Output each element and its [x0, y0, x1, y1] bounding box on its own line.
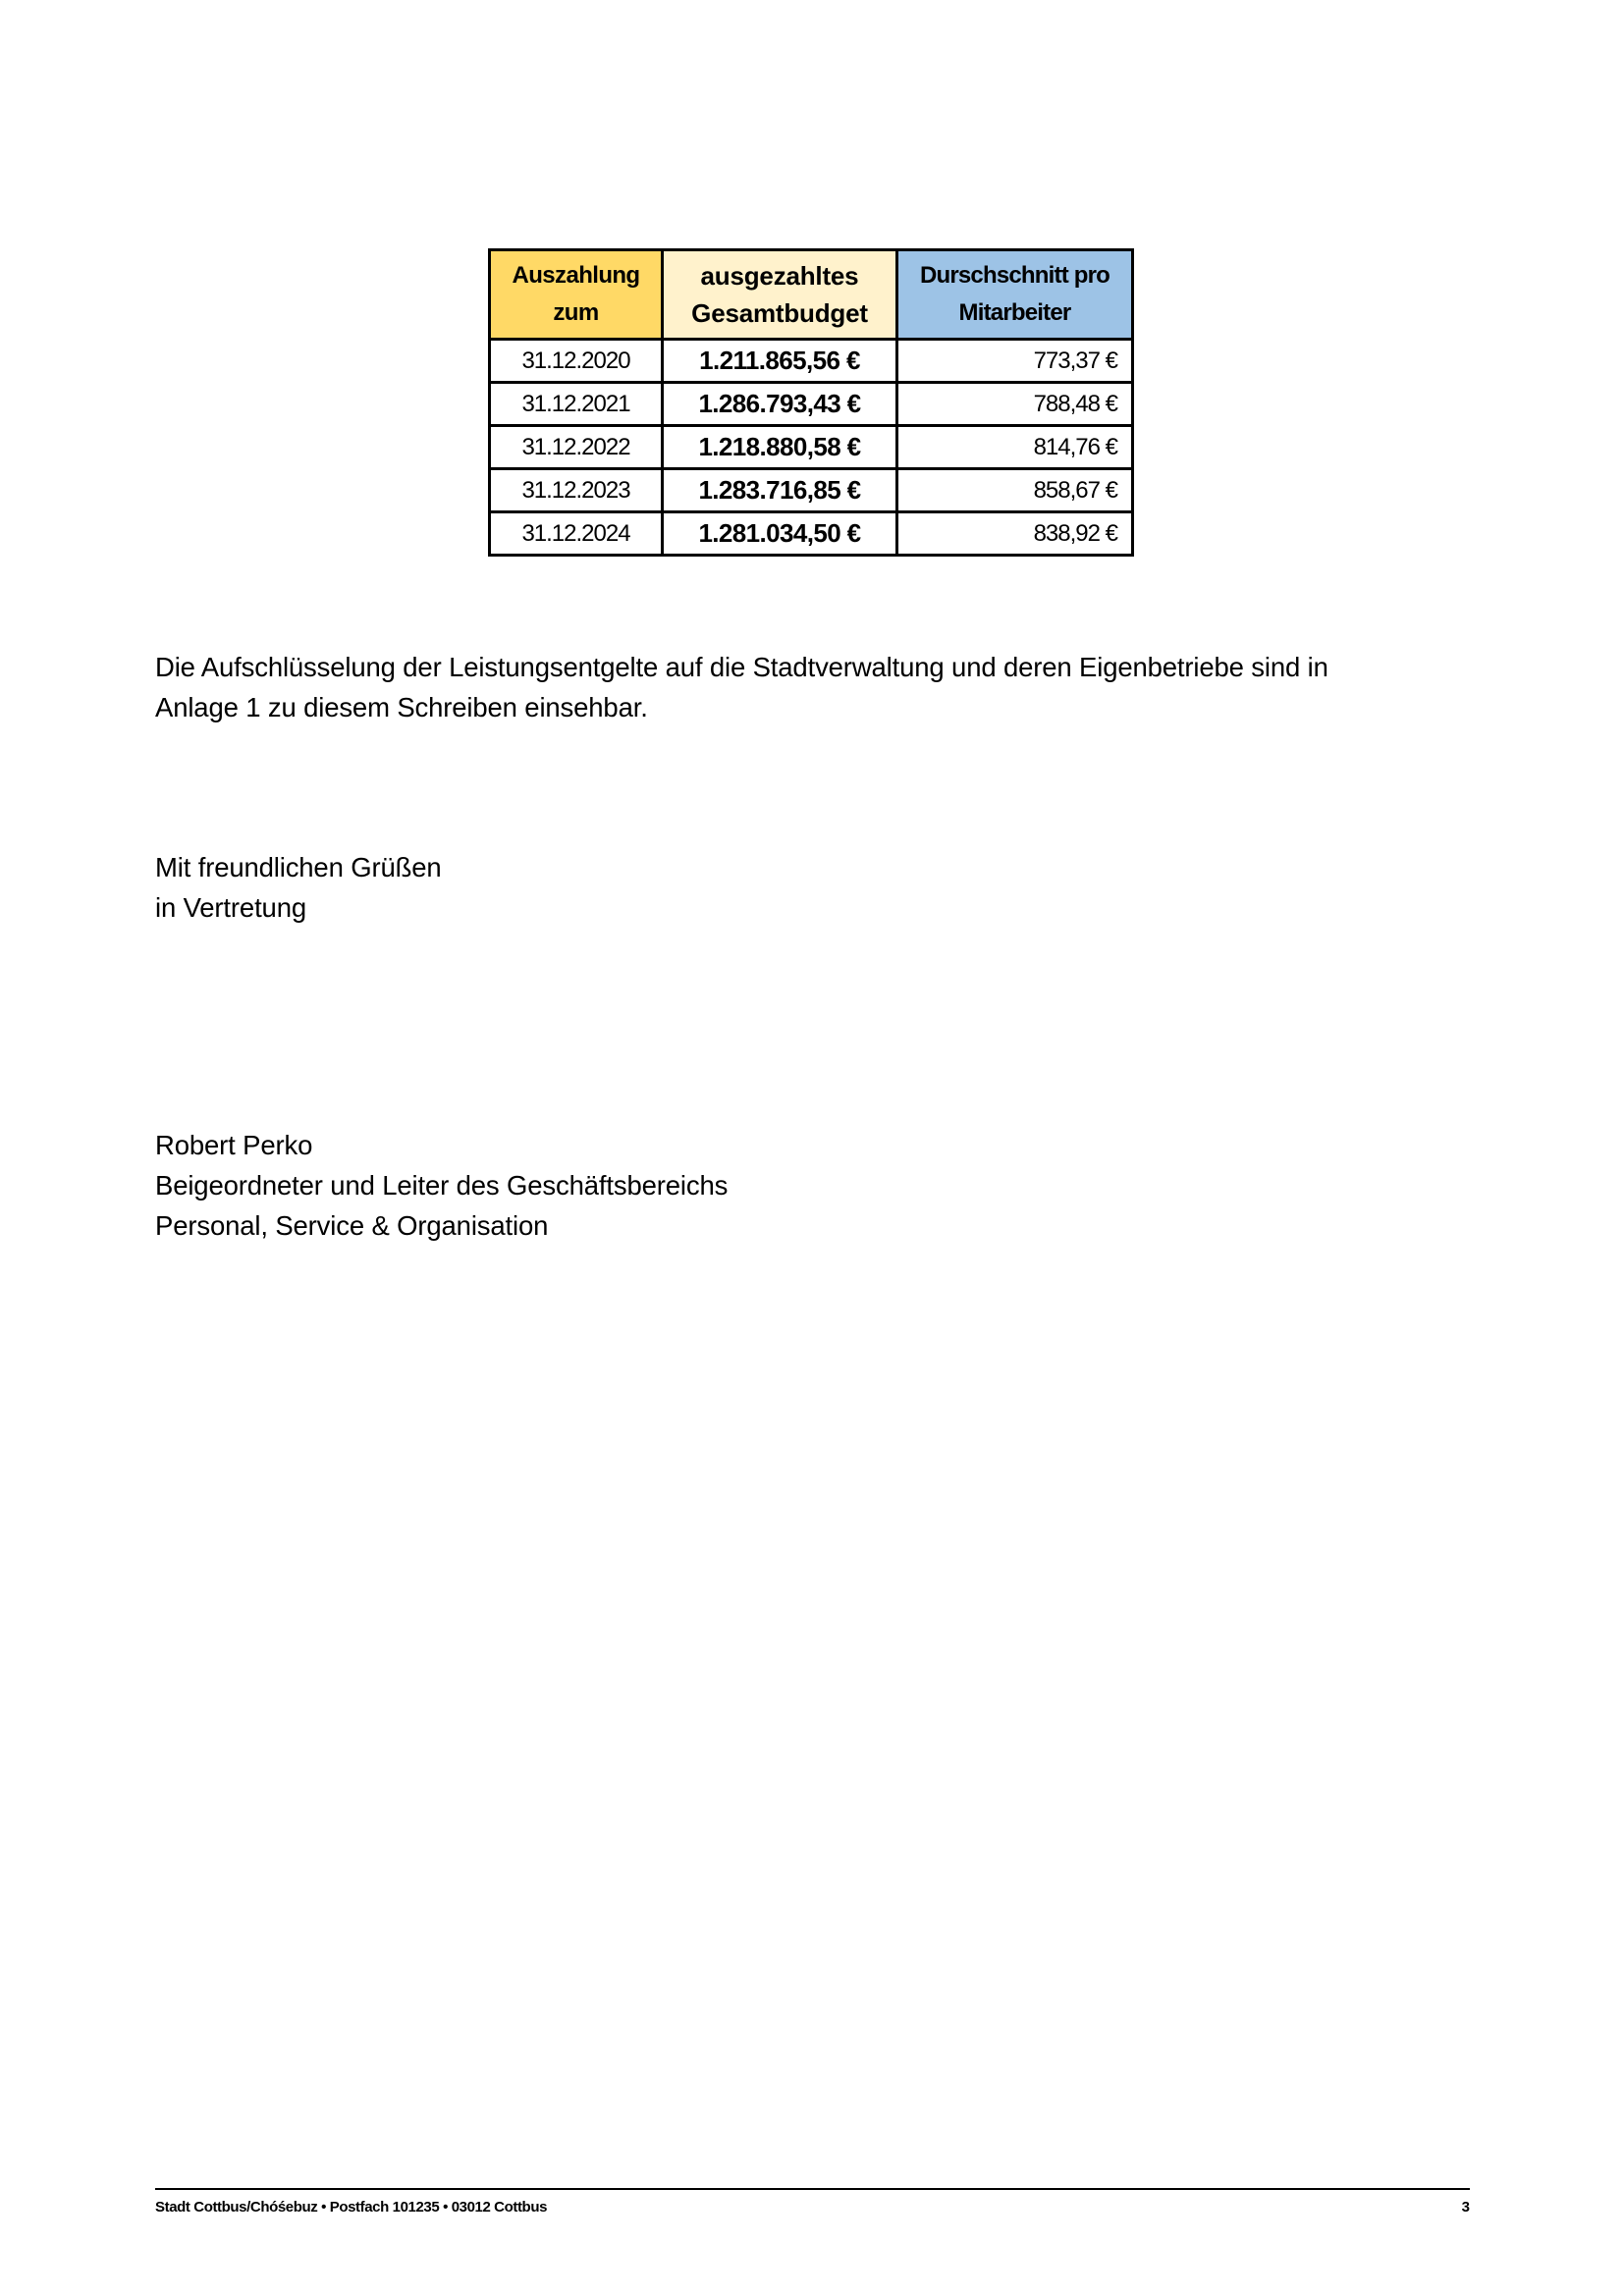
table-row: 31.12.2022 1.218.880,58 € 814,76 € [490, 426, 1133, 469]
header-payout-date: Auszahlung zum [490, 250, 663, 340]
cell-date: 31.12.2021 [490, 383, 663, 426]
cell-date: 31.12.2022 [490, 426, 663, 469]
cell-budget: 1.218.880,58 € [663, 426, 897, 469]
cell-budget: 1.281.034,50 € [663, 512, 897, 556]
footer-divider [155, 2188, 1470, 2190]
header-total-budget: ausgezahltes Gesamtbudget [663, 250, 897, 340]
signer-name: Robert Perko [155, 1125, 728, 1165]
cell-budget: 1.283.716,85 € [663, 469, 897, 512]
table-row: 31.12.2024 1.281.034,50 € 838,92 € [490, 512, 1133, 556]
table-row: 31.12.2020 1.211.865,56 € 773,37 € [490, 340, 1133, 383]
table-row: 31.12.2021 1.286.793,43 € 788,48 € [490, 383, 1133, 426]
cell-average: 838,92 € [897, 512, 1133, 556]
closing-greeting: Mit freundlichen Grüßen [155, 847, 442, 887]
paragraph-line: Anlage 1 zu diesem Schreiben einsehbar. [155, 687, 1328, 727]
cell-average: 858,67 € [897, 469, 1133, 512]
paragraph-line: Die Aufschlüsselung der Leistungsentgelt… [155, 647, 1328, 687]
table-header-row: Auszahlung zum ausgezahltes Gesamtbudget… [490, 250, 1133, 340]
closing-block: Mit freundlichen Grüßen in Vertretung [155, 847, 442, 928]
cell-budget: 1.286.793,43 € [663, 383, 897, 426]
cell-budget: 1.211.865,56 € [663, 340, 897, 383]
payout-table: Auszahlung zum ausgezahltes Gesamtbudget… [488, 248, 1134, 557]
cell-date: 31.12.2023 [490, 469, 663, 512]
header-average-per-employee: Durschschnitt pro Mitarbeiter [897, 250, 1133, 340]
body-paragraph: Die Aufschlüsselung der Leistungsentgelt… [155, 647, 1328, 727]
cell-average: 814,76 € [897, 426, 1133, 469]
footer-address: Stadt Cottbus/Chóśebuz • Postfach 101235… [155, 2199, 547, 2216]
cell-date: 31.12.2024 [490, 512, 663, 556]
signature-block: Robert Perko Beigeordneter und Leiter de… [155, 1125, 728, 1246]
table-row: 31.12.2023 1.283.716,85 € 858,67 € [490, 469, 1133, 512]
document-page: Auszahlung zum ausgezahltes Gesamtbudget… [0, 0, 1624, 2296]
closing-on-behalf: in Vertretung [155, 887, 442, 928]
cell-average: 773,37 € [897, 340, 1133, 383]
page-number: 3 [1462, 2199, 1470, 2216]
signer-title: Beigeordneter und Leiter des Geschäftsbe… [155, 1165, 728, 1205]
cell-date: 31.12.2020 [490, 340, 663, 383]
cell-average: 788,48 € [897, 383, 1133, 426]
signer-department: Personal, Service & Organisation [155, 1205, 728, 1246]
